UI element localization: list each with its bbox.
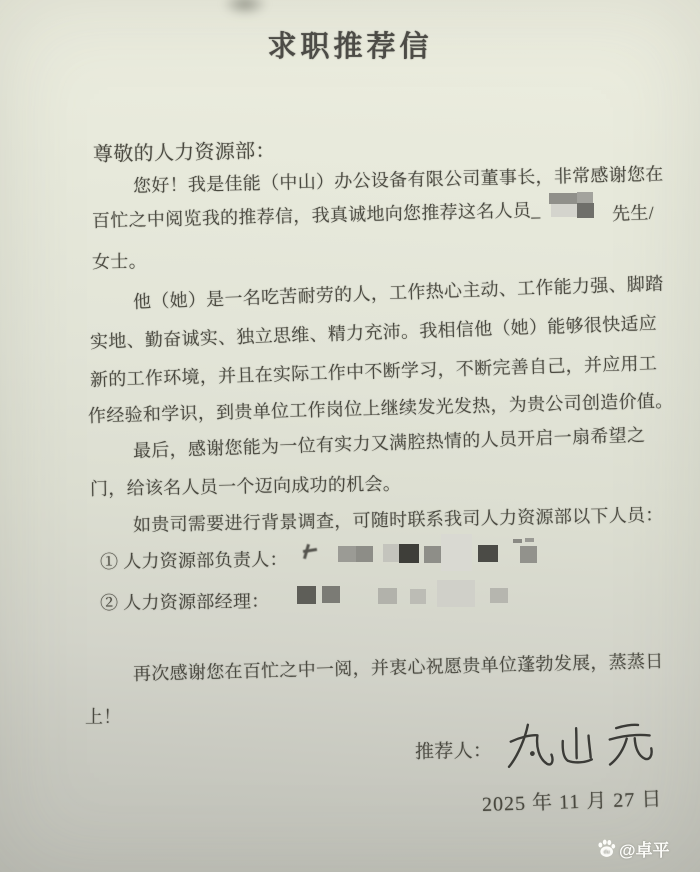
letter-date: 2025 年 11 月 27 日 xyxy=(482,782,663,817)
baidu-paw-icon: du xyxy=(596,838,617,859)
contact1-label: ① 人力资源部负责人： xyxy=(100,545,288,574)
signature-handwriting xyxy=(504,712,659,778)
mosaic-block xyxy=(424,546,441,563)
mosaic-block xyxy=(356,546,373,562)
contact2-label: ② 人力资源部经理： xyxy=(100,587,270,615)
closing-line1: 再次感谢您在百忙之中一阅，并衷心祝愿贵单位蓬勃发展，蒸蒸日 xyxy=(133,647,664,686)
para1-line2-suffix: 先生/ xyxy=(612,199,655,226)
para1-line3: 女士。 xyxy=(92,247,147,274)
watermark: du @卓平 xyxy=(596,836,670,861)
para2-line2: 实地、勤奋诚实、独立思维、精力充沛。我相信他（她）能够很快适应 xyxy=(90,309,658,354)
mosaic-block xyxy=(383,544,399,562)
mosaic-block xyxy=(549,193,577,204)
letter-title: 求职推荐信 xyxy=(0,24,700,65)
mosaic-block xyxy=(490,588,508,603)
mosaic-block xyxy=(378,588,397,604)
mosaic-block xyxy=(297,586,316,604)
para1-line2: 百忙之中阅览我的推荐信，我真诚地向您推荐这名人员_ xyxy=(92,196,541,233)
para3-line1: 最后，感谢您能为一位有实力又满腔热情的人员开启一扇希望之 xyxy=(133,421,646,463)
paw-logo-text: du xyxy=(603,849,609,855)
signer-label: 推荐人： xyxy=(415,736,493,764)
para2-line3: 新的工作环境，并且在实际工作中不断学习，不断完善自己，并应用工 xyxy=(90,349,658,392)
para4-line1: 如贵司需要进行背景调查，可随时联系我司人力资源部以下人员： xyxy=(133,501,664,537)
letter-photo: 求职推荐信 尊敬的人力资源部： 您好！我是佳能（中山）办公设备有限公司董事长，非… xyxy=(0,0,700,872)
salutation: 尊敬的人力资源部： xyxy=(93,134,276,167)
redaction-mosaic-contact1 xyxy=(303,534,548,574)
mosaic-block xyxy=(338,546,356,562)
top-smudge xyxy=(222,0,268,16)
mosaic-block xyxy=(322,586,340,603)
mosaic-block xyxy=(478,545,498,562)
para2-line1: 他（她）是一名吃苦耐劳的人，工作热心主动、工作能力强、脚踏 xyxy=(133,269,664,314)
mosaic-block xyxy=(551,204,577,217)
mosaic-block xyxy=(437,580,475,607)
partial-character-stroke xyxy=(303,548,317,553)
mosaic-block xyxy=(520,546,537,563)
para3-line2: 门，给该名人员一个迈向成功的机会。 xyxy=(90,470,402,501)
mosaic-block xyxy=(513,539,522,543)
mosaic-block xyxy=(577,203,594,218)
mosaic-block xyxy=(441,534,472,571)
redaction-mosaic-contact2 xyxy=(295,578,515,610)
mosaic-block xyxy=(410,589,426,604)
mosaic-block xyxy=(525,538,534,542)
redaction-mosaic-person-name xyxy=(549,191,599,219)
mosaic-block xyxy=(577,192,593,203)
mosaic-block xyxy=(399,544,419,563)
watermark-handle: @卓平 xyxy=(619,836,670,861)
closing-line2: 上！ xyxy=(85,703,122,729)
